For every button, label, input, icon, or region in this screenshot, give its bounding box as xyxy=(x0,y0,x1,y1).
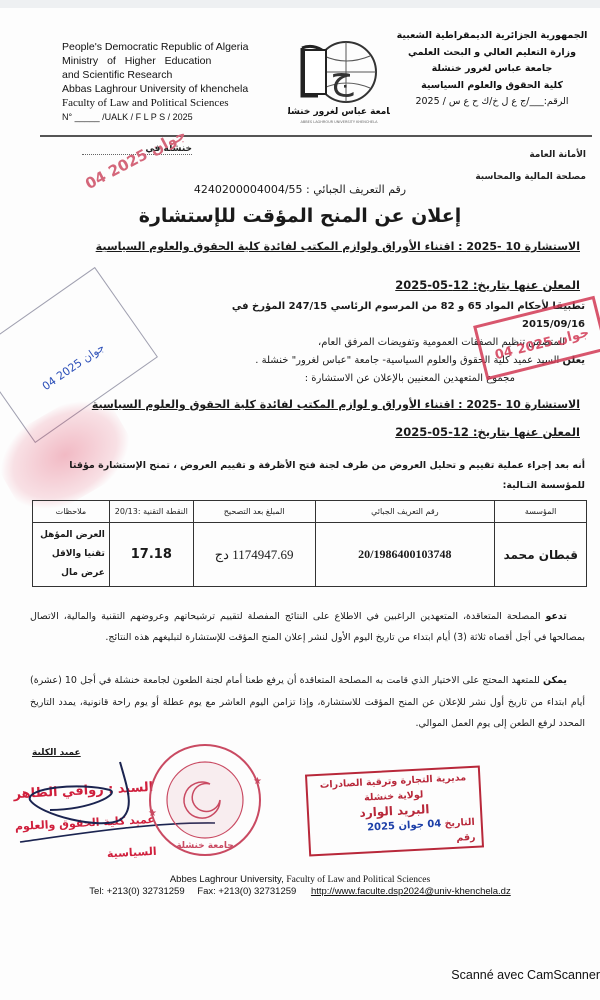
header-en-line1: People's Democratic Republic of Algeria xyxy=(62,40,282,54)
legal-paragraph: تطبيقا لأحكام المواد 65 و 82 من المرسوم … xyxy=(170,298,585,388)
mail-stamp-date: 04 جوان 2025 xyxy=(367,819,442,834)
header-ar-line4: كلية الحقوق والعلوم السياسية xyxy=(392,78,592,95)
header-en-line3: and Scientific Research xyxy=(62,68,282,82)
legal-line4: مجموع المتعهدين المعنيين بالإعلان عن الا… xyxy=(170,370,585,388)
dean-label: عميد الكلية xyxy=(32,748,81,758)
footer-tel: Tel: +213(0) 32731259 xyxy=(89,886,184,897)
scan-edge xyxy=(0,0,600,8)
cell-company: قبطان محمد xyxy=(495,523,587,587)
legal-line1: تطبيقا لأحكام المواد 65 و 82 من المرسوم … xyxy=(170,298,585,334)
fiscal-id: رقم التعريف الجبائي : 4240200004004/55 xyxy=(0,183,600,196)
invitation-lead: تدعو xyxy=(545,611,567,622)
appeal-text: للمتعهد المحتج على الاختيار الذي قامت به… xyxy=(30,675,585,729)
table-row: قبطان محمد 20/1986400103748 1174947.69 د… xyxy=(33,523,587,587)
footer-faculty: Faculty of Law and Political Sciences xyxy=(286,875,430,885)
legal-line3: السيد عميد كلية الحقوق والعلوم السياسية-… xyxy=(255,355,562,366)
document-page: People's Democratic Republic of Algeria … xyxy=(0,0,600,1000)
department-line1: الأمانة العامة xyxy=(475,144,586,166)
appeal-paragraph: يمكن للمتعهد المحتج على الاختيار الذي قا… xyxy=(30,670,585,735)
logo-globe-icon: ج جامعة عباس لغرور خنشلة ABBES LAGHROUR … xyxy=(288,38,390,126)
header-en-ref: N° _____ /UALK / F L P S / 2025 xyxy=(62,110,282,124)
scanner-watermark: Scanné avec CamScanner xyxy=(451,968,600,982)
header-ar-line3: جامعة عباس لغرور خنشلة xyxy=(392,61,592,78)
cell-remarks: العرض المؤهل تقنيا والاقل عرض مال xyxy=(33,523,110,587)
header-arabic: الجمهورية الجزائرية الديمقراطية الشعبية … xyxy=(392,28,592,111)
footer-fax: Fax: +213(0) 32731259 xyxy=(197,886,296,897)
invitation-text: المصلحة المتعاقدة، المتعهدين الراغبين في… xyxy=(30,611,585,643)
header-en-line5: Faculty of Law and Political Sciences xyxy=(62,96,282,110)
place-date-line: خنشلة في xyxy=(82,144,192,155)
cell-technical-score: 17.18 xyxy=(109,523,193,587)
signature-title: عميد كلية الحقوق والعلوم السياسية xyxy=(0,804,157,876)
col-remarks: ملاحظات xyxy=(33,501,110,523)
consultation-subject: الاستشارة 10 -2025 : اقتناء الأوراق ولوا… xyxy=(70,240,580,253)
header-english: People's Democratic Republic of Algeria … xyxy=(62,40,282,124)
mail-stamp-date-label: التاريخ xyxy=(444,817,475,830)
department-block: الأمانة العامة مصلحة المالية والمحاسبة xyxy=(475,144,586,188)
invitation-paragraph: تدعو المصلحة المتعاقدة، المتعهدين الراغب… xyxy=(30,606,585,648)
announced-date-repeat: المعلن عنها بتاريخ: 12-05-2025 xyxy=(200,425,580,439)
round-seal-icon: ★ ★ جامعة خنشلة xyxy=(140,740,270,860)
university-logo: ج جامعة عباس لغرور خنشلة ABBES LAGHROUR … xyxy=(288,38,390,126)
header-ar-line2: وزارة التعليم العالي و البحث العلمي xyxy=(392,45,592,62)
appeal-lead: يمكن xyxy=(543,675,567,686)
footer-university: Abbes Laghrour University, xyxy=(170,874,287,885)
col-technical-score: النقطة التقنية :20/13 xyxy=(109,501,193,523)
header-en-line4: Abbas Laghrour University of khenchela xyxy=(62,82,282,96)
signature-stamp: السيد : رواقي الطاهر عميد كلية الحقوق وا… xyxy=(0,772,157,876)
results-table: المؤسسة رقم التعريف الجبائي المبلغ بعد ا… xyxy=(32,500,587,587)
svg-text:ج: ج xyxy=(330,56,354,97)
intro-text: أنه بعد إجراء عملية تقييم و تحليل العروض… xyxy=(30,456,585,496)
svg-text:جامعة خنشلة: جامعة خنشلة xyxy=(176,841,234,851)
col-fiscal-id: رقم التعريف الجبائي xyxy=(315,501,495,523)
table-header-row: المؤسسة رقم التعريف الجبائي المبلغ بعد ا… xyxy=(33,501,587,523)
cell-fiscal-id: 20/1986400103748 xyxy=(315,523,495,587)
page-title: إعلان عن المنح المؤقت للإستشارة xyxy=(0,205,600,227)
header-ar-ref: الرقم:___/ج ع ل خ/ك ح ع س / 2025 xyxy=(392,94,592,111)
footer-website-link[interactable]: http://www.faculte.dsp2024@univ-khenchel… xyxy=(311,886,511,897)
registry-stamp-left: 04 جوان 2025 xyxy=(0,267,158,443)
legal-line3-lead: يعلن xyxy=(563,355,585,366)
header-en-line2: Ministry of Higher Education xyxy=(62,54,282,68)
footer: Abbes Laghrour University, Faculty of La… xyxy=(0,874,600,898)
svg-text:★: ★ xyxy=(253,776,262,787)
mail-received-stamp: مديرية التجارة وترقية الصادرات لولاية خن… xyxy=(305,765,484,856)
cell-amount: 1174947.69 دج xyxy=(193,523,315,587)
legal-line2: المتضمن تنظيم الصفقات العمومية وتفويضات … xyxy=(170,334,585,352)
svg-text:جامعة عباس لغرور خنشلة: جامعة عباس لغرور خنشلة xyxy=(288,107,390,117)
col-amount: المبلغ بعد التصحيح xyxy=(193,501,315,523)
consultation-subject-repeat: الاستشارة 10 -2025 : اقتناء الأوراق و لو… xyxy=(70,398,580,411)
header-divider xyxy=(40,135,592,137)
announced-date: المعلن عنها بتاريخ: 12-05-2025 xyxy=(200,278,580,292)
svg-text:ABBES LAGHROUR UNIVERSITY KHEN: ABBES LAGHROUR UNIVERSITY KHENCHELA xyxy=(300,120,378,124)
header-ar-line1: الجمهورية الجزائرية الديمقراطية الشعبية xyxy=(392,28,592,45)
col-company: المؤسسة xyxy=(495,501,587,523)
